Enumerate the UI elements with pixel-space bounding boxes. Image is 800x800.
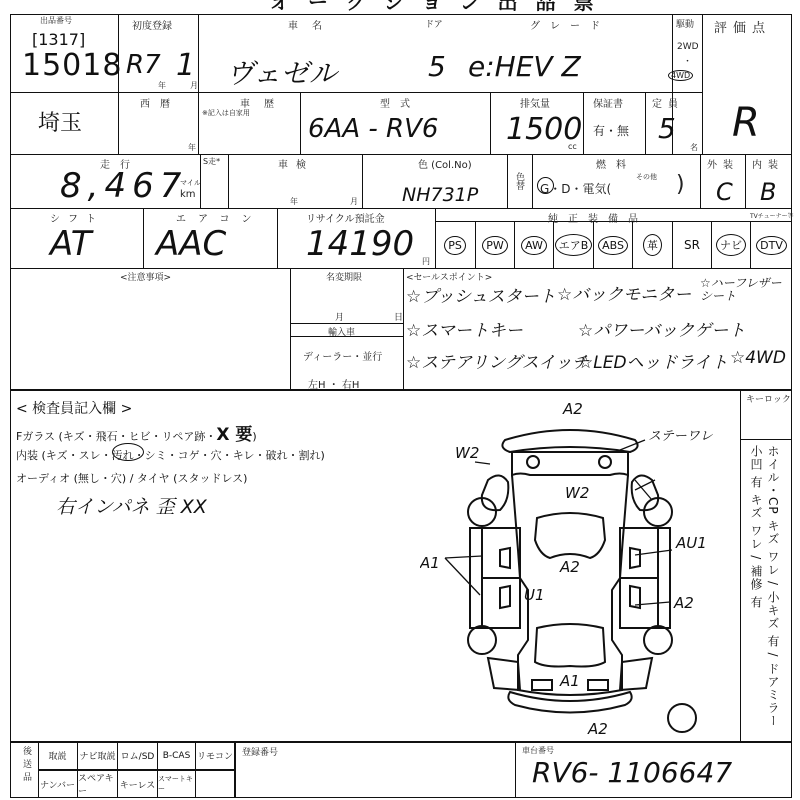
first-registration-label: 初度登録 [132, 17, 172, 32]
western-year-label: 西暦 [140, 95, 180, 110]
equipment-aw[interactable]: AW [514, 221, 553, 269]
mileage-value: 8,467 [60, 166, 187, 206]
shift-value: AT [50, 224, 92, 264]
capacity-value: 5 [658, 112, 676, 145]
model-value: 6AA - RV6 [308, 114, 438, 144]
sales-point-4: ☆スマートキー [406, 316, 523, 341]
accessories-label: 後送品 [20, 746, 33, 785]
accessory-number-plate[interactable]: ナンバー [38, 770, 78, 798]
accessory-empty [196, 770, 235, 798]
key-lock-label: キーロック [746, 392, 791, 405]
name-change-day: 日 [394, 310, 403, 323]
accessory-bcas[interactable]: B-CAS [158, 742, 196, 770]
sales-point-2: ☆バックモニター [557, 280, 691, 305]
glass-line: Fガラス (キズ・飛石・ヒビ・リペア跡・X 要) [16, 420, 257, 445]
sales-point-5: ☆パワーバックゲート [578, 316, 745, 341]
equipment-navi-label: ナビ [716, 234, 746, 256]
recycle-value: 14190 [306, 224, 414, 264]
equipment-pw-label: PW [482, 236, 508, 255]
year-unit: 年 [158, 80, 166, 91]
inspection-year-unit: 年 [290, 196, 298, 207]
mark-rear-glass: W2 [565, 484, 589, 502]
car-diagram[interactable]: A2 ステーワレ W2 W2 A1 AU1 A2 U1 A2 A1 A2 [420, 400, 720, 740]
registration-number-label: 登録番号 [242, 745, 278, 758]
month-unit: 月 [190, 80, 198, 91]
color-label: 色 (Col.No) [418, 156, 472, 171]
shift-label: シフト [50, 210, 104, 225]
fuel-label: 燃料 [596, 156, 636, 171]
glass-line-text: Fガラス (キズ・飛石・ヒビ・リペア跡・ [16, 430, 216, 443]
recycle-label: リサイクル預託金 [306, 210, 385, 225]
accessory-navi-manual[interactable]: ナビ取説 [78, 742, 118, 770]
equipment-pw[interactable]: PW [475, 221, 514, 269]
caution-label: <注意事項> [120, 270, 171, 283]
accessory-manual[interactable]: 取説 [38, 742, 78, 770]
glass-mark: X 要 [216, 425, 252, 445]
interior-line: 内装 (キズ・スレ・汚れ・シミ・コゲ・穴・キレ・破れ・割れ) [16, 447, 325, 463]
equipment-ps-label: PS [444, 236, 466, 255]
accessory-remote[interactable]: リモコン [196, 742, 235, 770]
inspection-label: 車検 [278, 156, 314, 171]
equipment-airbag-label: エアB [555, 234, 593, 256]
handle-options[interactable]: 左H ・ 右H [308, 376, 359, 391]
equipment-abs[interactable]: ABS [593, 221, 632, 269]
equipment-sunroof[interactable]: SR [672, 221, 711, 269]
inspector-title: < 検査員記入欄 > [16, 398, 132, 418]
equipment-aw-label: AW [521, 236, 547, 255]
mark-roof: A2 [559, 558, 580, 576]
mileage-unit-km: km [180, 189, 196, 200]
drive-option-4wd[interactable]: 4WD [668, 70, 693, 81]
side-damage-legend: ホイル・CP キズ ワレ / 小キズ 有 / ドアミラー 小凹 有 キズ ワレ … [748, 445, 782, 737]
odometer-label: S走* [203, 156, 220, 167]
import-options[interactable]: ディーラー・並行 [303, 348, 382, 363]
mark-left-doors: A1 [420, 554, 440, 572]
car-name-label: 車名 [288, 17, 336, 32]
mark-front-grille: A1 [559, 672, 580, 690]
fuel-gas-circle [537, 177, 554, 194]
lot-sub-number: [1317] [32, 30, 85, 49]
history-note: ※記入は自家用 [202, 108, 250, 118]
grade-label: グレード [530, 17, 610, 32]
sales-point-8: ☆4WD [730, 348, 786, 368]
recycle-unit: 円 [422, 256, 430, 267]
equipment-dtv[interactable]: DTV [750, 221, 792, 269]
region: 埼玉 [38, 106, 82, 137]
interior-value: B [760, 178, 776, 206]
equipment-leather-label: 革 [643, 234, 662, 256]
import-label: 輸入車 [328, 325, 355, 338]
equipment-sunroof-label: SR [684, 238, 700, 252]
grade-value: e:HEV Z [468, 50, 581, 83]
sales-point-1: ☆プッシュスタート [406, 282, 556, 307]
inspector-handwritten-note: 右インパネ 歪 XX [56, 492, 207, 519]
ac-label: エアコン [176, 210, 264, 225]
name-change-month: 月 [335, 310, 344, 323]
score-value: R [732, 100, 760, 146]
accessory-keyless[interactable]: キーレス [118, 770, 158, 798]
ac-value: AAC [156, 224, 226, 264]
lot-number: 15018 [22, 48, 122, 83]
name-change-label: 名変期限 [326, 270, 362, 283]
sheet-title: オークション出品票 [270, 0, 612, 15]
mark-right-front-door: AU1 [675, 534, 707, 552]
lot-number-label: 出品番号 [40, 15, 72, 26]
car-name-value: ヴェゼル [226, 52, 337, 92]
score-label: 評価点 [714, 17, 771, 36]
accessory-rom-sd[interactable]: ロム/SD [118, 742, 158, 770]
door-value: 5 [428, 50, 446, 83]
color-value: NH731P [402, 184, 478, 206]
mark-stay-crack: ステーワレ [648, 429, 714, 444]
tv-tuner-label: TVチューナー等 [750, 211, 794, 220]
model-label: 型式 [380, 95, 420, 110]
equipment-navi[interactable]: ナビ [711, 221, 750, 269]
equipment-dtv-label: DTV [756, 236, 787, 255]
mileage-unit-mile: マイル [180, 178, 201, 188]
first-registration-value: R7 [126, 50, 161, 80]
displacement-label: 排気量 [520, 95, 550, 110]
equipment-leather[interactable]: 革 [632, 221, 672, 269]
fuel-other-label: その他 [636, 172, 657, 182]
capacity-unit: 名 [690, 142, 698, 153]
first-registration-month: 1 [176, 48, 195, 83]
equipment-abs-label: ABS [598, 236, 628, 255]
mark-rear-left-fender: W2 [455, 444, 479, 462]
sales-point-7: ☆LEDヘッドライト [578, 348, 728, 373]
exterior-value: C [716, 178, 733, 206]
mark-front-bumper: A2 [587, 720, 608, 738]
mark-roof-lower: U1 [524, 586, 545, 604]
drive-label: 駆動 [676, 17, 694, 30]
interior-label: 内装 [752, 156, 784, 171]
drive-option-dot: ・ [683, 54, 692, 67]
capacity-label: 定員 [652, 95, 684, 110]
color-change-label: 色替 [513, 172, 526, 190]
drive-option-2wd[interactable]: 2WD [677, 42, 699, 52]
equipment-ps[interactable]: PS [435, 221, 475, 269]
accessory-smart-key[interactable]: スマートキー [158, 770, 196, 798]
sales-point-3: ☆ハーフレザーシート [700, 277, 790, 303]
audio-tire-line: オーディオ (無し・穴) / タイヤ (スタッドレス) [16, 470, 247, 486]
chassis-number-label: 車台番号 [522, 745, 554, 756]
fuel-close-paren: ) [676, 172, 685, 197]
western-year-unit: 年 [188, 142, 196, 153]
warranty-options[interactable]: 有・無 [593, 122, 629, 139]
exterior-label: 外装 [707, 156, 739, 171]
warranty-label: 保証書 [593, 95, 623, 110]
mark-rear-bumper: A2 [562, 400, 583, 418]
accessory-spare-key[interactable]: スペアキー [78, 770, 118, 798]
inspection-month-unit: 月 [350, 196, 358, 207]
displacement-unit: cc [568, 142, 577, 151]
door-label: ドア [425, 17, 443, 30]
interior-stain-circle [112, 443, 144, 461]
glass-line-end: ) [252, 430, 256, 443]
sales-point-6: ☆ステアリングスイッチ [406, 348, 589, 373]
chassis-number-value: RV6- 1106647 [532, 756, 732, 789]
mark-right-rear-door: A2 [673, 594, 694, 612]
equipment-airbag[interactable]: エアB [553, 221, 593, 269]
